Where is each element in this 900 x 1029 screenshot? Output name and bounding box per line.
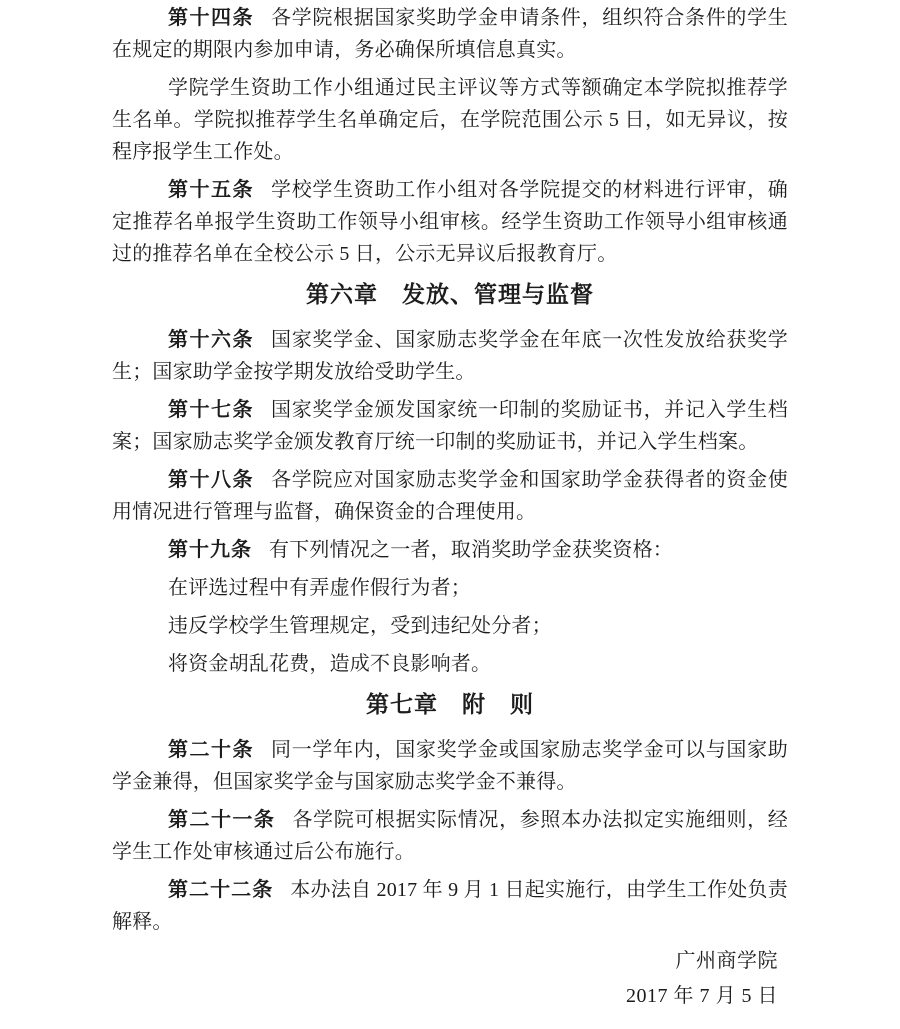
article-label: 第十四条 (168, 7, 254, 29)
paragraph-text: 将资金胡乱花费，造成不良影响者。 (168, 653, 491, 675)
article-paragraph: 第二十一条各学院可根据实际情况，参照本办法拟定实施细则，经学生工作处审核通过后公… (112, 804, 788, 868)
chapter-heading: 第六章 发放、管理与监督 (112, 277, 788, 311)
article-label: 第二十条 (168, 739, 254, 761)
article-paragraph: 第十七条国家奖学金颁发国家统一印制的奖励证书，并记入学生档案；国家励志奖学金颁发… (112, 394, 788, 458)
article-label: 第二十一条 (168, 809, 275, 831)
article-paragraph: 第二十二条本办法自 2017 年 9 月 1 日起实施行，由学生工作处负责解释。 (112, 874, 788, 938)
article-label: 第十七条 (168, 399, 254, 421)
article-label: 第二十二条 (168, 879, 273, 901)
paragraph-text: 有下列情况之一者，取消奖助学金获奖资格： (269, 539, 673, 561)
document-body: 第十四条各学院根据国家奖助学金申请条件，组织符合条件的学生在规定的期限内参加申请… (112, 2, 788, 938)
article-paragraph: 第十六条国家奖学金、国家励志奖学金在年底一次性发放给获奖学生；国家助学金按学期发… (112, 324, 788, 388)
article-label: 第十六条 (168, 329, 254, 351)
article-paragraph: 第十四条各学院根据国家奖助学金申请条件，组织符合条件的学生在规定的期限内参加申请… (112, 2, 788, 66)
paragraph: 学院学生资助工作小组通过民主评议等方式等额确定本学院拟推荐学生名单。学院拟推荐学… (112, 72, 788, 168)
paragraph-text: 在评选过程中有弄虚作假行为者； (168, 577, 471, 599)
paragraph: 在评选过程中有弄虚作假行为者； (112, 572, 788, 604)
signature-block: 广州商学院 2017 年 7 月 5 日 (112, 944, 788, 1014)
chapter-heading: 第七章 附 则 (112, 687, 788, 721)
article-label: 第十九条 (168, 539, 252, 561)
article-paragraph: 第二十条同一学年内，国家奖学金或国家励志奖学金可以与国家助学金兼得，但国家奖学金… (112, 734, 788, 798)
signature-org: 广州商学院 (112, 944, 778, 979)
article-paragraph: 第十八条各学院应对国家励志奖学金和国家助学金获得者的资金使用情况进行管理与监督，… (112, 464, 788, 528)
paragraph-text: 学院学生资助工作小组通过民主评议等方式等额确定本学院拟推荐学生名单。学院拟推荐学… (112, 77, 788, 163)
paragraph: 将资金胡乱花费，造成不良影响者。 (112, 648, 788, 680)
paragraph: 违反学校学生管理规定，受到违纪处分者； (112, 610, 788, 642)
article-label: 第十五条 (168, 179, 254, 201)
signature-date: 2017 年 7 月 5 日 (112, 979, 778, 1014)
paragraph-text: 违反学校学生管理规定，受到违纪处分者； (168, 615, 552, 637)
article-paragraph: 第十五条学校学生资助工作小组对各学院提交的材料进行评审，确定推荐名单报学生资助工… (112, 174, 788, 270)
article-label: 第十八条 (168, 469, 254, 491)
article-paragraph: 第十九条有下列情况之一者，取消奖助学金获奖资格： (112, 534, 788, 566)
document-page: 第十四条各学院根据国家奖助学金申请条件，组织符合条件的学生在规定的期限内参加申请… (0, 0, 900, 1029)
